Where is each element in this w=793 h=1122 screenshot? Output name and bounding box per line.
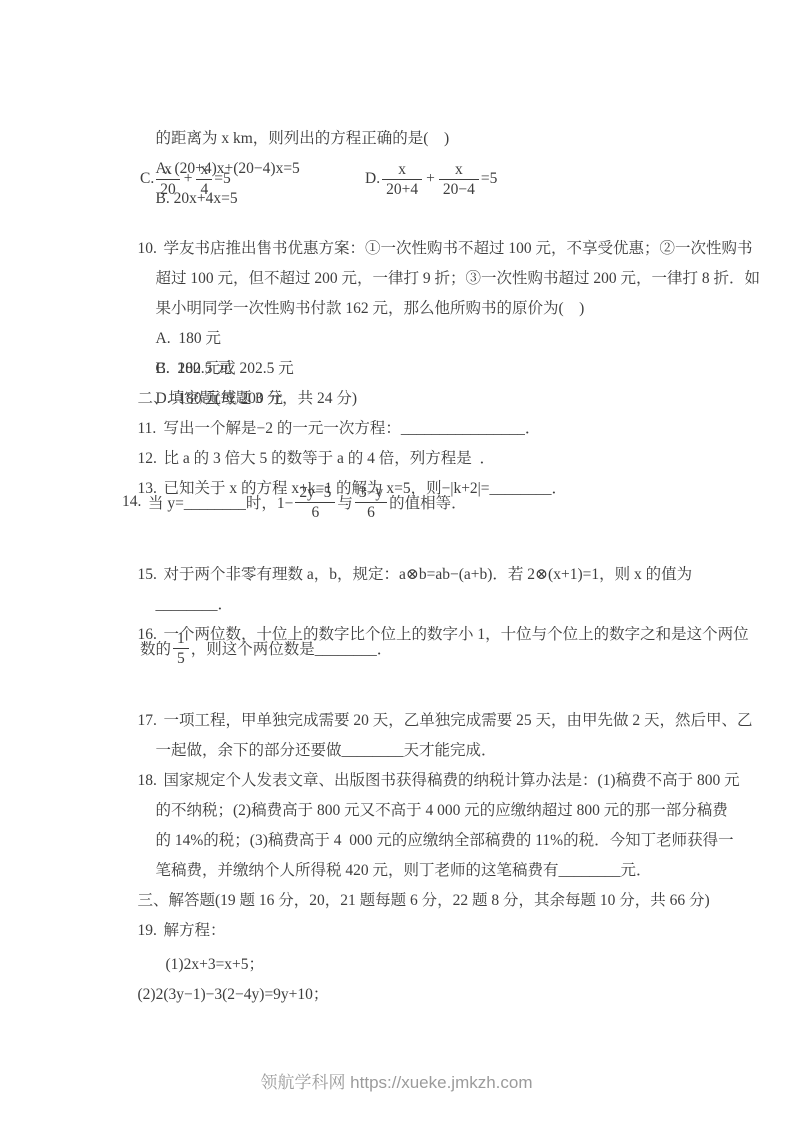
plus-operator: +	[424, 170, 437, 188]
question-14-text-pre: 当 y=________时，1−	[148, 491, 293, 513]
fraction-denominator: 4	[196, 179, 212, 199]
question-19-head-text: 解方程：	[164, 922, 226, 939]
question-18-text: 笔稿费，并缴纳个人所得税 420 元，则丁老师的这笔稿费有________元．	[156, 862, 652, 879]
q9-option-d: D. x 20+4 + x 20−4 =5	[365, 160, 590, 199]
question-19-number: 19.	[138, 916, 164, 946]
question-19-equation-2: (2)2(3y−1)−3(2−4y)=9y+10；	[138, 986, 329, 1003]
q10-option-c: C. 180 元或 202.5 元	[156, 354, 381, 384]
question-16-fraction: 1 5	[173, 629, 189, 668]
question-15-line-1: 15.对于两个非零有理数 a，b，规定：a⊗b=ab−(a+b)．若 2⊗(x+…	[122, 530, 723, 560]
fraction-numerator: x	[439, 160, 479, 179]
q9-option-d-fraction-2: x 20−4	[439, 160, 479, 199]
q9-option-c-fraction-1: x 20	[156, 160, 180, 199]
q10-option-a: A. 180 元	[156, 324, 381, 354]
question-18-number: 18.	[138, 766, 164, 796]
question-11-number: 11.	[138, 414, 164, 444]
fraction-numerator: x	[382, 160, 422, 179]
fraction-denominator: 20+4	[382, 179, 422, 199]
q9-option-c-fraction-2: x 4	[196, 160, 212, 199]
fraction-denominator: 6	[355, 502, 387, 522]
question-10-number: 10.	[138, 234, 164, 264]
section-2-title: 二、填空题(每题 3 分，共 24 分)	[138, 390, 358, 407]
question-17-number: 17.	[138, 706, 164, 736]
question-14-fraction-1: 2y−5 6	[295, 483, 335, 522]
question-10-text: 学友书店推出售书优惠方案：①一次性购书不超过 100 元，不享受优惠；②一次性购…	[164, 240, 753, 257]
question-17-text: 一项工程，甲单独完成需要 20 天，乙单独完成需要 25 天，由甲先做 2 天，…	[164, 712, 753, 729]
fraction-numerator: 2y−5	[295, 483, 335, 502]
fraction-denominator: 5	[173, 648, 189, 668]
plus-operator: +	[182, 170, 195, 188]
question-15-text: 对于两个非零有理数 a，b，规定：a⊗b=ab−(a+b)．若 2⊗(x+1)=…	[164, 566, 693, 583]
question-15-number: 15.	[138, 560, 164, 590]
question-14-number: 14.	[122, 493, 148, 511]
q9-option-d-fraction-1: x 20+4	[382, 160, 422, 199]
fraction-numerator: 3−y	[355, 483, 387, 502]
question-16-text-post: ，则这个两位数是________．	[191, 637, 393, 659]
q9-stem-tail: 的距离为 x km，则列出的方程正确的是( )	[140, 94, 723, 124]
question-17-text: 一起做，余下的部分还要做________天才能完成．	[156, 742, 497, 759]
question-18-text: 的 14%的税；(3)稿费高于 4 000 元的应缴纳全部稿费的 11%的税．今…	[156, 832, 734, 849]
document-page: 的距离为 x km，则列出的方程正确的是( ) A. (20+4)x+(20−4…	[0, 0, 793, 950]
question-18-text: 国家规定个人发表文章、出版图书获得稿费的纳税计算办法是：(1)稿费不高于 800…	[164, 772, 740, 789]
footer-watermark: 领航学科网 https://xueke.jmkzh.com	[0, 1068, 793, 1093]
question-18-text: 的不纳税；(2)稿费高于 800 元又不高于 4 000 元的应缴纳超过 800…	[156, 802, 728, 819]
footer-watermark-text: 领航学科网 https://xueke.jmkzh.com	[260, 1073, 532, 1092]
question-14-text-post: 的值相等．	[389, 491, 467, 513]
equals-value: =5	[214, 170, 231, 188]
question-12-number: 12.	[138, 444, 164, 474]
q9-stem-text: 的距离为 x km，则列出的方程正确的是( )	[156, 130, 450, 147]
question-10-text: 超过 100 元，但不超过 200 元，一律打 9 折；③一次性购书超过 200…	[156, 270, 761, 287]
question-16-text-pre: 数的	[140, 637, 171, 659]
question-12-text: 比 a 的 3 倍大 5 的数等于 a 的 4 倍，列方程是 ．	[164, 450, 496, 467]
question-17-line-1: 17.一项工程，甲单独完成需要 20 天，乙单独完成需要 25 天，由甲先做 2…	[122, 676, 723, 706]
q9-option-d-label: D.	[365, 170, 380, 188]
equals-value: =5	[481, 170, 498, 188]
fraction-denominator: 20	[156, 179, 180, 199]
question-10-text: 果小明同学一次性购书付款 162 元，那么他所购书的原价为( )	[156, 300, 585, 317]
q9-option-c-label: C.	[140, 170, 154, 188]
q9-options-row-2: C. x 20 + x 4 =5 D. x 20+4 + x 20−4 =5	[140, 154, 723, 204]
question-14-text-mid: 与	[337, 491, 353, 513]
fraction-numerator: x	[196, 160, 212, 179]
section-3-title: 三、解答题(19 题 16 分，20，21 题每题 6 分，22 题 8 分，其…	[138, 892, 710, 909]
fraction-numerator: x	[156, 160, 180, 179]
fraction-denominator: 20−4	[439, 179, 479, 199]
fraction-numerator: 1	[173, 629, 189, 648]
question-11-text: 写出一个解是−2 的一元一次方程：________________．	[164, 420, 541, 437]
question-15-blank: ________．	[156, 596, 234, 613]
question-14-fraction-2: 3−y 6	[355, 483, 387, 522]
fraction-denominator: 6	[295, 502, 335, 522]
question-19-equation-1: (1)2x+3=x+5；	[166, 950, 384, 980]
q9-option-c: C. x 20 + x 4 =5	[140, 160, 365, 199]
